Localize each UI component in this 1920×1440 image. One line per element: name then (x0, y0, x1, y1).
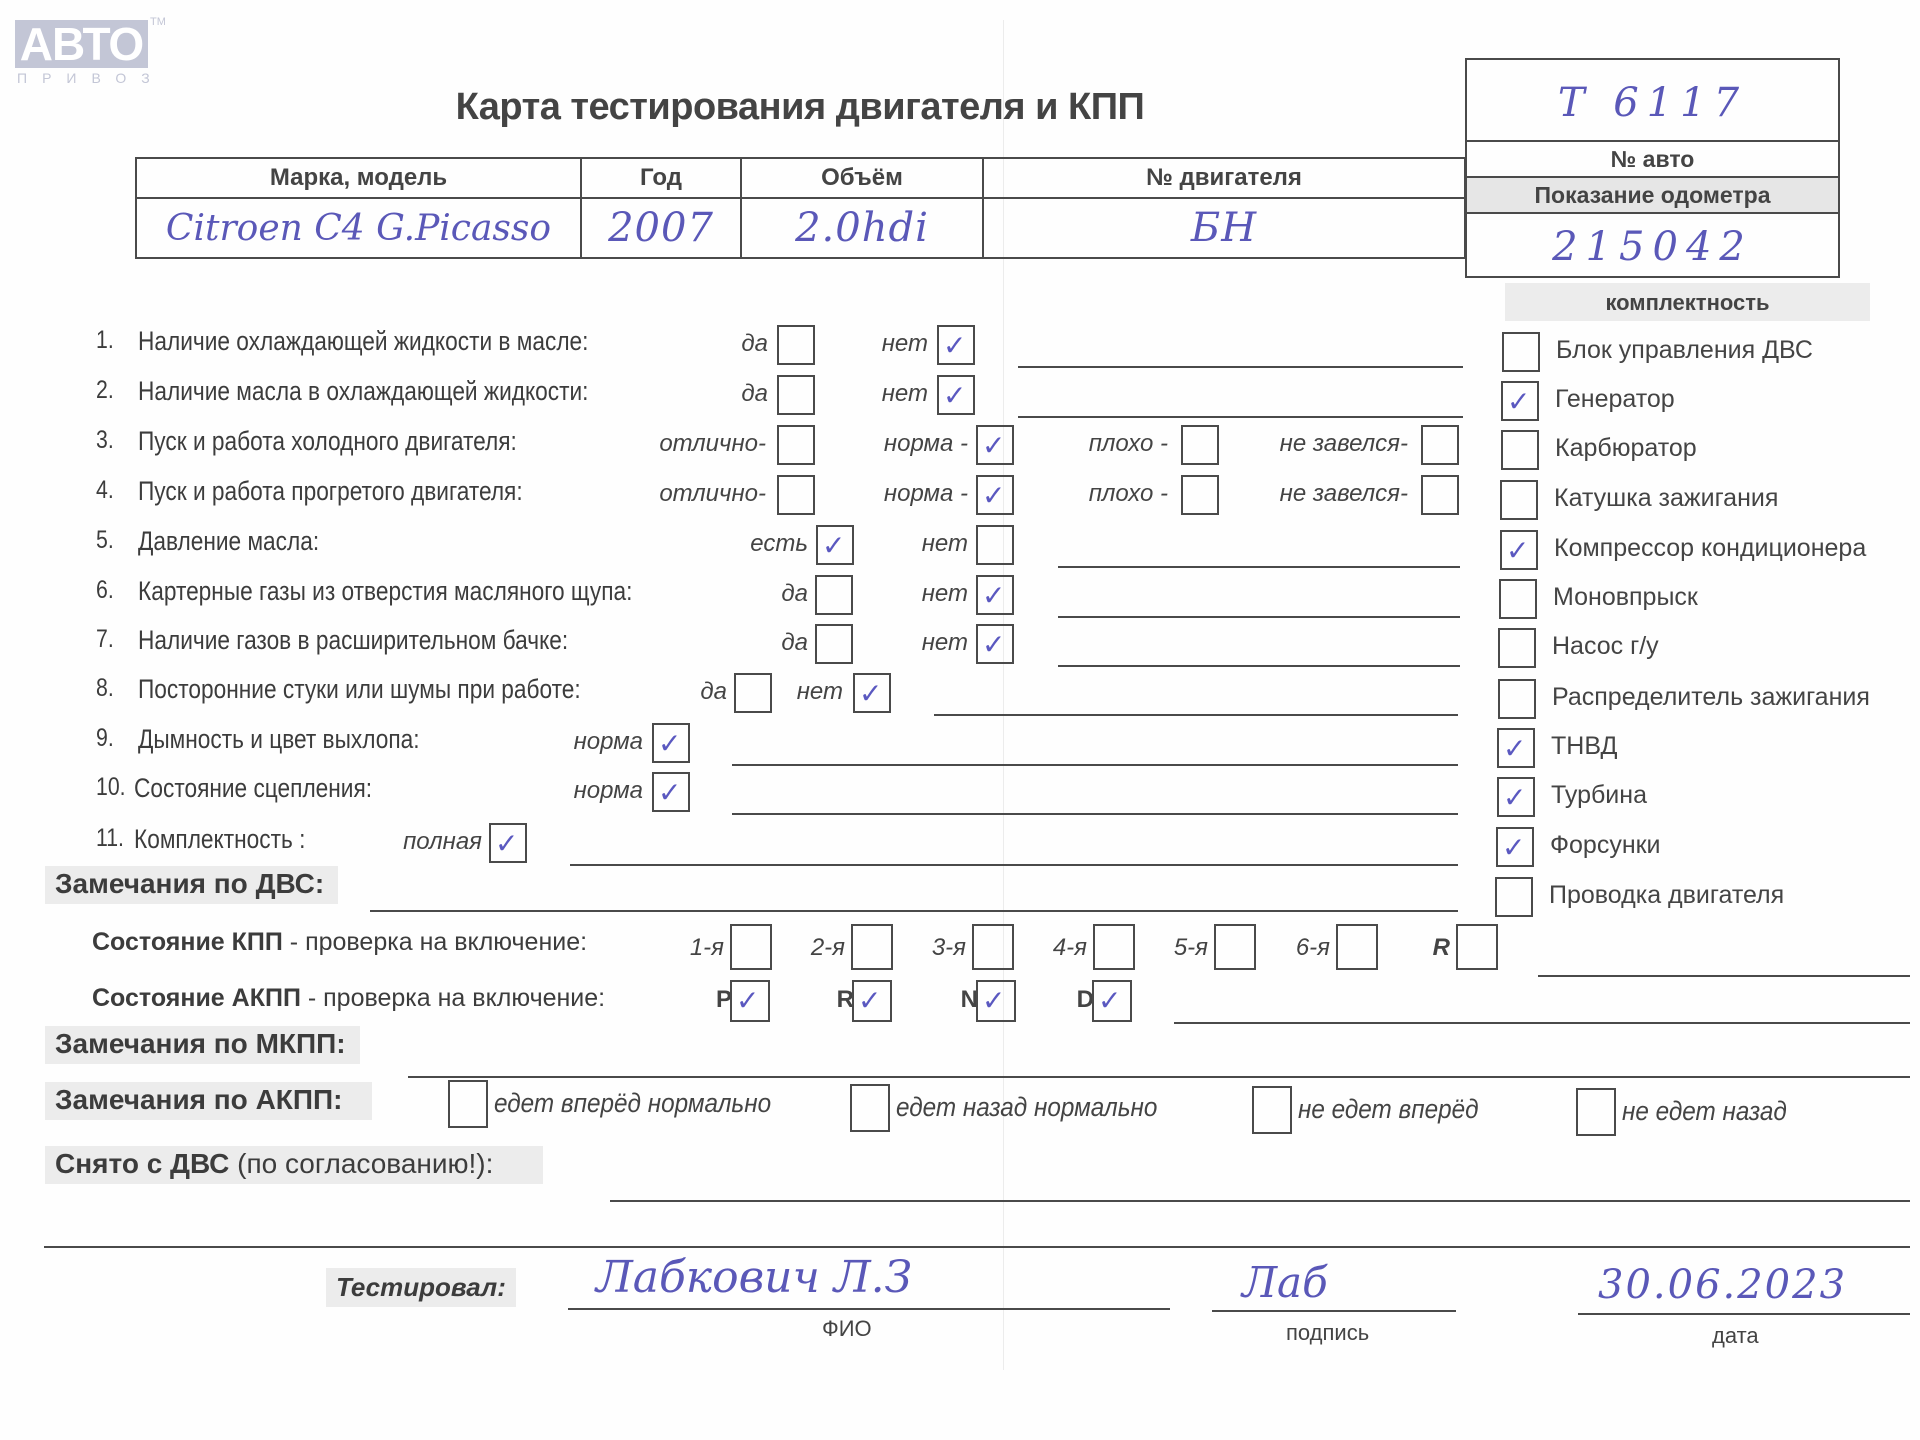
option-label: норма - (884, 430, 968, 458)
completeness-checkbox-11[interactable]: ✓ (1496, 827, 1534, 867)
kpp-notes-line[interactable] (1538, 975, 1910, 977)
notes-line-11[interactable] (570, 864, 1458, 866)
completeness-checkbox-3[interactable] (1501, 430, 1539, 470)
kpp-gear-label: 4-я (1053, 934, 1087, 962)
signature-field[interactable] (1212, 1310, 1456, 1312)
table-row: Citroen C4 G.Picasso 2007 2.0hdi БН (136, 198, 1465, 258)
akpp-remark-checkbox-4[interactable] (1576, 1088, 1616, 1136)
vehicle-id-box: T 6117 № авто Показание одометра 215042 (1465, 58, 1840, 278)
check-mark-icon: ✓ (1506, 534, 1529, 568)
akpp-remark-label: не едет вперёд (1298, 1094, 1479, 1125)
completeness-checkbox-2[interactable]: ✓ (1501, 381, 1539, 421)
akpp-remark-label: не едет назад (1622, 1096, 1787, 1127)
checkbox-2-1[interactable] (777, 375, 815, 415)
question-number: 5. (96, 526, 114, 555)
notes-line-1[interactable] (1018, 366, 1463, 368)
option-label: да (781, 629, 808, 657)
completeness-item-label: Турбина (1551, 781, 1647, 810)
kpp-gear-label: 3-я (932, 934, 966, 962)
checkbox-3-1[interactable] (777, 425, 815, 465)
completeness-item-label: Блок управления ДВС (1556, 336, 1813, 365)
question-number: 6. (96, 576, 114, 605)
question-label: Комплектность : (134, 824, 305, 855)
option-label: отлично- (659, 430, 766, 458)
completeness-checkbox-1[interactable] (1502, 332, 1540, 372)
akpp-remark-checkbox-1[interactable] (448, 1080, 488, 1128)
option-label: не завелся- (1280, 430, 1408, 458)
checkbox-8-1[interactable] (734, 673, 772, 713)
checkbox-3-4[interactable] (1421, 425, 1459, 465)
kpp-gear-label: R (1433, 934, 1450, 962)
remarks-mkpp-label: Замечания по МКПП: (45, 1026, 360, 1064)
option-label: да (781, 580, 808, 608)
option-label: не завелся- (1280, 480, 1408, 508)
checkbox-5-1[interactable]: ✓ (816, 525, 854, 565)
question-number: 7. (96, 625, 114, 654)
akpp-gear-checkbox-P[interactable]: ✓ (730, 980, 770, 1022)
kpp-gear-checkbox-6-я[interactable] (1336, 924, 1378, 970)
question-number: 9. (96, 724, 114, 753)
checkbox-4-1[interactable] (777, 475, 815, 515)
col-engine-number: № двигателя (983, 158, 1465, 198)
remarks-mkpp-line[interactable] (408, 1076, 1910, 1078)
question-label: Посторонние стуки или шумы при работе: (138, 674, 581, 705)
checkbox-6-1[interactable] (815, 575, 853, 615)
option-label: да (741, 330, 768, 358)
signature-caption: подпись (1286, 1320, 1369, 1346)
notes-line-7[interactable] (1058, 665, 1460, 667)
question-label: Пуск и работа прогретого двигателя: (138, 476, 523, 507)
checkbox-4-2[interactable]: ✓ (976, 475, 1014, 515)
auto-number-label: № авто (1467, 142, 1838, 178)
option-label: нет (882, 330, 928, 358)
auto-number-value: T 6117 (1558, 80, 1747, 126)
notes-line-9[interactable] (732, 764, 1458, 766)
question-label: Наличие масла в охлаждающей жидкости: (138, 376, 588, 407)
option-label: нет (882, 380, 928, 408)
checkbox-3-3[interactable] (1181, 425, 1219, 465)
date-value: 30.06.2023 (1598, 1262, 1847, 1308)
kpp-gear-checkbox-2-я[interactable] (851, 924, 893, 970)
completeness-checkbox-6[interactable] (1499, 579, 1537, 619)
completeness-item-label: ТНВД (1551, 732, 1617, 761)
signature-value: Лаб (1242, 1258, 1328, 1307)
checkbox-4-4[interactable] (1421, 475, 1459, 515)
volume-field[interactable]: 2.0hdi (741, 198, 983, 258)
col-year: Год (581, 158, 741, 198)
logo: АВТО (15, 20, 148, 68)
check-mark-icon: ✓ (982, 579, 1005, 613)
check-mark-icon: ✓ (736, 984, 759, 1018)
completeness-item-label: Форсунки (1550, 831, 1661, 860)
question-label: Наличие охлаждающей жидкости в масле: (138, 326, 588, 357)
completeness-item-label: Компрессор кондиционера (1554, 534, 1866, 563)
check-mark-icon: ✓ (658, 727, 681, 761)
remarks-ice-label: Замечания по ДВС: (45, 866, 338, 904)
remarks-ice-line[interactable] (370, 910, 1458, 912)
option-label: нет (797, 678, 843, 706)
check-mark-icon: ✓ (1503, 732, 1526, 766)
option-label: полная (403, 828, 482, 856)
checkbox-10-1[interactable]: ✓ (652, 772, 690, 812)
kpp-gear-checkbox-R[interactable] (1456, 924, 1498, 970)
odometer-field[interactable]: 215042 (1467, 214, 1838, 276)
question-number: 1. (96, 326, 114, 355)
check-mark-icon: ✓ (495, 827, 518, 861)
removed-from-ice-label: Снято с ДВС (по согласованию!): (45, 1146, 543, 1184)
option-label: норма - (884, 480, 968, 508)
completeness-checkbox-7[interactable] (1498, 628, 1536, 668)
engine-number-field[interactable]: БН (983, 198, 1465, 258)
kpp-gear-checkbox-4-я[interactable] (1093, 924, 1135, 970)
question-label: Давление масла: (138, 526, 319, 557)
checkbox-9-1[interactable]: ✓ (652, 723, 690, 763)
odometer-label: Показание одометра (1467, 178, 1838, 214)
option-label: нет (922, 580, 968, 608)
completeness-checkbox-12[interactable] (1495, 877, 1533, 917)
kpp-label: Состояние КПП - проверка на включение: (92, 928, 587, 957)
akpp-gear-checkbox-D[interactable]: ✓ (1092, 980, 1132, 1022)
date-field[interactable] (1578, 1313, 1910, 1315)
question-number: 10. (96, 773, 126, 802)
completeness-item-label: Катушка зажигания (1554, 484, 1778, 513)
checkbox-4-3[interactable] (1181, 475, 1219, 515)
engine-number-value: БН (1191, 205, 1257, 251)
akpp-remark-checkbox-3[interactable] (1252, 1086, 1292, 1134)
question-number: 2. (96, 376, 114, 405)
completeness-item-label: Моновпрыск (1553, 583, 1698, 612)
question-label: Дымность и цвет выхлопа: (138, 724, 420, 755)
checkbox-7-1[interactable] (815, 624, 853, 664)
notes-line-8[interactable] (934, 714, 1458, 716)
kpp-gear-label: 6-я (1296, 934, 1330, 962)
year-value: 2007 (608, 205, 714, 251)
checkbox-3-2[interactable]: ✓ (976, 425, 1014, 465)
option-label: нет (922, 530, 968, 558)
logo-trademark: TM (150, 16, 166, 28)
check-mark-icon: ✓ (943, 379, 966, 413)
checkbox-2-2[interactable]: ✓ (937, 375, 975, 415)
removed-from-ice-line[interactable] (610, 1200, 1910, 1202)
check-mark-icon: ✓ (1098, 984, 1121, 1018)
check-mark-icon: ✓ (1502, 831, 1525, 865)
year-field[interactable]: 2007 (581, 198, 741, 258)
check-mark-icon: ✓ (982, 429, 1005, 463)
kpp-gear-label: 5-я (1174, 934, 1208, 962)
tester-name-field[interactable] (568, 1308, 1170, 1310)
completeness-checkbox-4[interactable] (1500, 480, 1538, 520)
completeness-item-label: Насос г/у (1552, 632, 1659, 661)
akpp-remark-label: едет вперёд нормально (494, 1088, 771, 1119)
completeness-item-label: Распределитель зажигания (1552, 683, 1870, 712)
kpp-gear-checkbox-5-я[interactable] (1214, 924, 1256, 970)
divider-line (44, 1246, 1910, 1248)
option-label: норма (574, 777, 643, 805)
completeness-checkbox-10[interactable]: ✓ (1497, 777, 1535, 817)
completeness-item-label: Генератор (1555, 385, 1675, 414)
check-mark-icon: ✓ (858, 984, 881, 1018)
option-label: нет (922, 629, 968, 657)
completeness-item-label: Карбюратор (1555, 434, 1697, 463)
checkbox-1-2[interactable]: ✓ (937, 325, 975, 365)
checkbox-8-2[interactable]: ✓ (853, 673, 891, 713)
option-label: плохо - (1089, 480, 1168, 508)
name-caption: ФИО (822, 1316, 872, 1342)
question-number: 4. (96, 476, 114, 505)
completeness-checkbox-8[interactable] (1498, 679, 1536, 719)
akpp-remark-checkbox-2[interactable] (850, 1084, 890, 1132)
check-mark-icon: ✓ (1503, 781, 1526, 815)
odometer-value: 215042 (1552, 224, 1753, 270)
completeness-title: комплектность (1505, 283, 1870, 321)
check-mark-icon: ✓ (943, 329, 966, 363)
option-label: да (700, 678, 727, 706)
completeness-checkbox-9[interactable]: ✓ (1497, 728, 1535, 768)
akpp-notes-line[interactable] (1174, 1022, 1910, 1024)
kpp-gear-label: 1-я (690, 934, 724, 962)
akpp-label: Состояние АКПП - проверка на включение: (92, 984, 605, 1013)
col-volume: Объём (741, 158, 983, 198)
date-caption: дата (1712, 1323, 1759, 1349)
kpp-gear-label: 2-я (811, 934, 845, 962)
table-header-row: Марка, модель Год Объём № двигателя (136, 158, 1465, 198)
check-mark-icon: ✓ (982, 479, 1005, 513)
notes-line-6[interactable] (1058, 616, 1460, 618)
check-mark-icon: ✓ (822, 529, 845, 563)
tested-by-label: Тестировал: (326, 1268, 516, 1307)
checkbox-5-2[interactable] (976, 525, 1014, 565)
tester-name-value: Лабкович Л.З (596, 1252, 912, 1303)
checkbox-1-1[interactable] (777, 325, 815, 365)
checkbox-11-1[interactable]: ✓ (489, 823, 527, 863)
option-label: есть (750, 530, 808, 558)
remarks-akpp-label: Замечания по АКПП: (45, 1082, 372, 1120)
auto-number-field[interactable]: T 6117 (1467, 60, 1838, 142)
notes-line-10[interactable] (732, 813, 1458, 815)
checkbox-7-2[interactable]: ✓ (976, 624, 1014, 664)
check-mark-icon: ✓ (982, 628, 1005, 662)
vehicle-info-table: Марка, модель Год Объём № двигателя Citr… (135, 157, 1466, 259)
question-label: Наличие газов в расширительном бачке: (138, 625, 568, 656)
akpp-gear-checkbox-R[interactable]: ✓ (852, 980, 892, 1022)
page-title: Карта тестирования двигателя и КПП (300, 86, 1300, 129)
notes-line-2[interactable] (1018, 416, 1463, 418)
completeness-checkbox-5[interactable]: ✓ (1500, 530, 1538, 570)
question-label: Пуск и работа холодного двигателя: (138, 426, 517, 457)
notes-line-5[interactable] (1058, 566, 1460, 568)
check-mark-icon: ✓ (982, 984, 1005, 1018)
volume-value: 2.0hdi (795, 205, 929, 251)
question-number: 3. (96, 426, 114, 455)
akpp-remark-label: едет назад нормально (896, 1092, 1157, 1123)
option-label: отлично- (659, 480, 766, 508)
option-label: плохо - (1089, 430, 1168, 458)
option-label: да (741, 380, 768, 408)
make-model-value: Citroen C4 G.Picasso (166, 208, 551, 249)
option-label: норма (574, 728, 643, 756)
check-mark-icon: ✓ (1507, 385, 1530, 419)
make-model-field[interactable]: Citroen C4 G.Picasso (136, 198, 581, 258)
question-number: 8. (96, 674, 114, 703)
question-label: Картерные газы из отверстия масляного щу… (138, 576, 632, 607)
check-mark-icon: ✓ (859, 677, 882, 711)
checkbox-6-2[interactable]: ✓ (976, 575, 1014, 615)
kpp-gear-checkbox-3-я[interactable] (972, 924, 1014, 970)
kpp-gear-checkbox-1-я[interactable] (730, 924, 772, 970)
logo-subtitle: ПРИВОЗ (17, 70, 165, 86)
check-mark-icon: ✓ (658, 776, 681, 810)
completeness-item-label: Проводка двигателя (1549, 881, 1784, 910)
question-number: 11. (96, 824, 124, 853)
question-label: Состояние сцепления: (134, 773, 372, 804)
akpp-gear-checkbox-N[interactable]: ✓ (976, 980, 1016, 1022)
col-make-model: Марка, модель (136, 158, 581, 198)
